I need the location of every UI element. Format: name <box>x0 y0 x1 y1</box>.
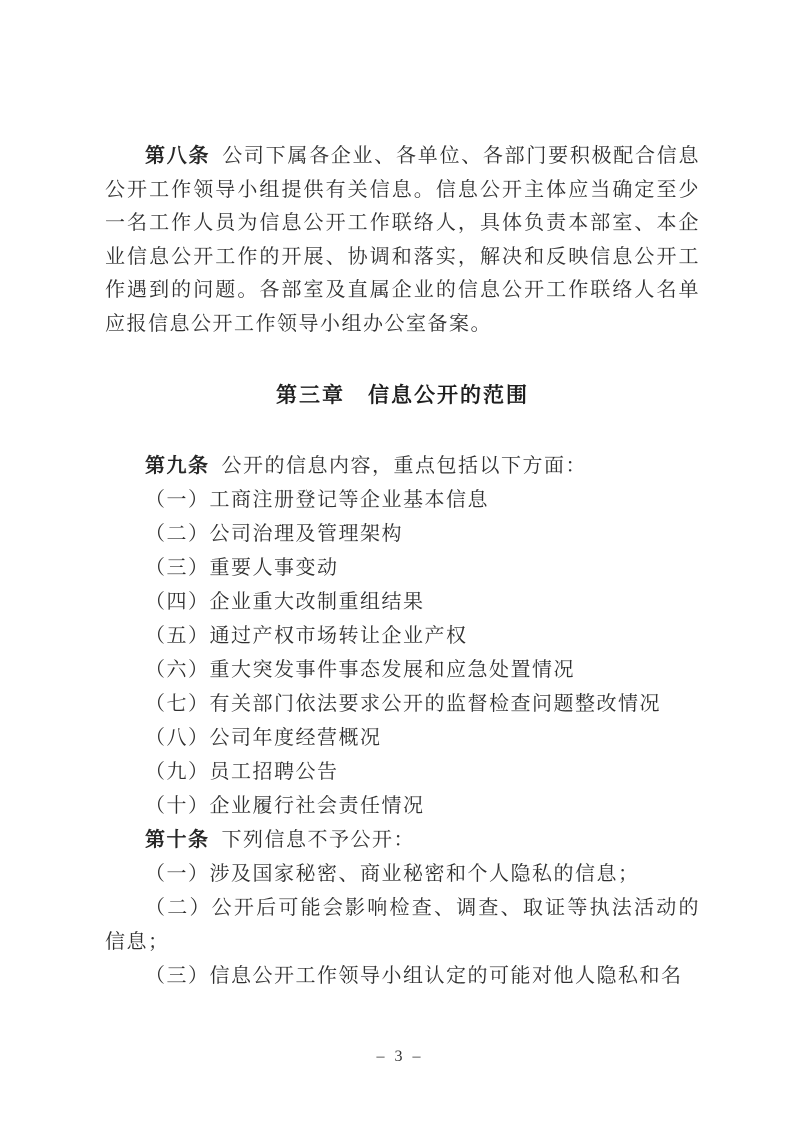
list-item: （四）企业重大改制重组结果 <box>105 585 700 619</box>
article8-text: 公司下属各企业、各单位、各部门要积极配合信息公开工作领导小组提供有关信息。信息公… <box>105 145 700 335</box>
list-item: （六）重大突发事件事态发展和应急处置情况 <box>105 653 700 687</box>
list-item: （十）企业履行社会责任情况 <box>105 789 700 823</box>
list-item: （二）公开后可能会影响检查、调查、取证等执法活动的信息； <box>105 891 700 959</box>
list-item: （七）有关部门依法要求公开的监督检查问题整改情况 <box>105 687 700 721</box>
document-page: 第八条公司下属各企业、各单位、各部门要积极配合信息公开工作领导小组提供有关信息。… <box>0 0 800 1131</box>
list-item: （三）重要人事变动 <box>105 551 700 585</box>
article10-paragraph: 第十条下列信息不予公开： <box>105 823 700 857</box>
article9-intro: 公开的信息内容，重点包括以下方面： <box>222 455 588 477</box>
page-number: – 3 – <box>0 1048 800 1066</box>
list-item: （二）公司治理及管理架构 <box>105 517 700 551</box>
list-item: （三）信息公开工作领导小组认定的可能对他人隐私和名 <box>105 959 700 993</box>
article8-paragraph: 第八条公司下属各企业、各单位、各部门要积极配合信息公开工作领导小组提供有关信息。… <box>105 140 700 341</box>
list-item: （五）通过产权市场转让企业产权 <box>105 619 700 653</box>
list-item: （一）工商注册登记等企业基本信息 <box>105 483 700 517</box>
article9-label: 第九条 <box>145 455 210 477</box>
article10-intro: 下列信息不予公开： <box>222 829 416 851</box>
list-item: （九）员工招聘公告 <box>105 755 700 789</box>
list-item: （八）公司年度经营概况 <box>105 721 700 755</box>
chapter-heading: 第三章 信息公开的范围 <box>105 381 700 411</box>
list-item: （一）涉及国家秘密、商业秘密和个人隐私的信息； <box>105 857 700 891</box>
article9-paragraph: 第九条公开的信息内容，重点包括以下方面： <box>105 449 700 483</box>
article8-label: 第八条 <box>145 145 210 167</box>
article9-section: 第九条公开的信息内容，重点包括以下方面： （一）工商注册登记等企业基本信息 （二… <box>105 449 700 823</box>
article10-label: 第十条 <box>145 829 210 851</box>
page-content: 第八条公司下属各企业、各单位、各部门要积极配合信息公开工作领导小组提供有关信息。… <box>105 140 700 993</box>
article10-section: 第十条下列信息不予公开： （一）涉及国家秘密、商业秘密和个人隐私的信息； （二）… <box>105 823 700 993</box>
